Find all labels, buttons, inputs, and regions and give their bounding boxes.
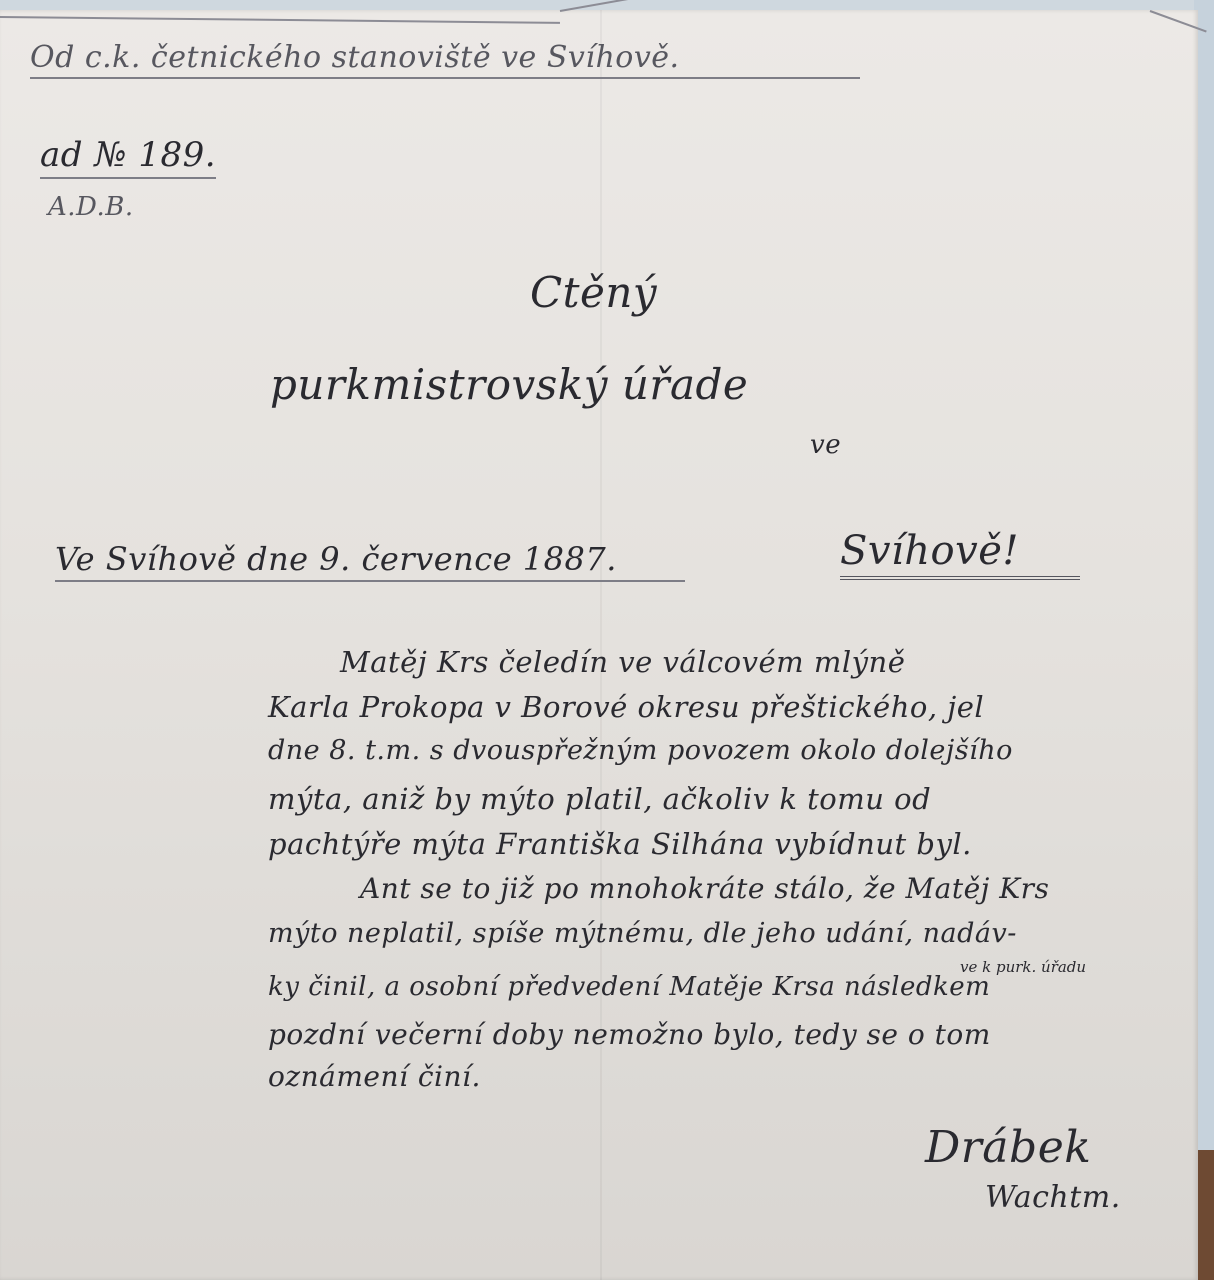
reference-code: A.D.B. bbox=[48, 192, 134, 222]
addressee-place: Svíhově! bbox=[840, 528, 1080, 580]
body-line: Matěj Krs čeledín ve válcovém mlýně bbox=[340, 645, 905, 679]
document-page: Od c.k. četnického stanoviště ve Svíhově… bbox=[0, 10, 1198, 1280]
body-line: oznámení činí. bbox=[268, 1060, 481, 1093]
salutation: Ctěný bbox=[530, 268, 657, 317]
body-line: ky činil, a osobní předvedení Matěje Krs… bbox=[268, 972, 990, 1002]
body-line: pachtýře mýta Františka Silhána vybídnut… bbox=[268, 827, 972, 861]
body-line: mýto neplatil, spíše mýtnému, dle jeho u… bbox=[268, 918, 1017, 949]
signature-name: Drábek bbox=[925, 1122, 1091, 1173]
addressee-office: purkmistrovský úřade bbox=[270, 360, 748, 409]
body-line: pozdní večerní doby nemožno bylo, tedy s… bbox=[268, 1018, 991, 1051]
body-line: mýta, aniž by mýto platil, ačkoliv k tom… bbox=[268, 782, 931, 816]
body-line: Ant se to již po mnohokráte stálo, že Ma… bbox=[360, 872, 1049, 905]
signature-rank: Wachtm. bbox=[985, 1180, 1121, 1215]
reference-number: ad № 189. bbox=[40, 135, 216, 179]
body-line: Karla Prokopa v Borové okresu přeštickéh… bbox=[268, 690, 984, 724]
ruled-line bbox=[0, 16, 560, 24]
sender-line: Od c.k. četnického stanoviště ve Svíhově… bbox=[30, 40, 860, 79]
dateline: Ve Svíhově dne 9. července 1887. bbox=[55, 540, 685, 582]
body-line: dne 8. t.m. s dvouspřežným povozem okolo… bbox=[268, 735, 1013, 766]
addressee-preposition: ve bbox=[810, 430, 841, 460]
